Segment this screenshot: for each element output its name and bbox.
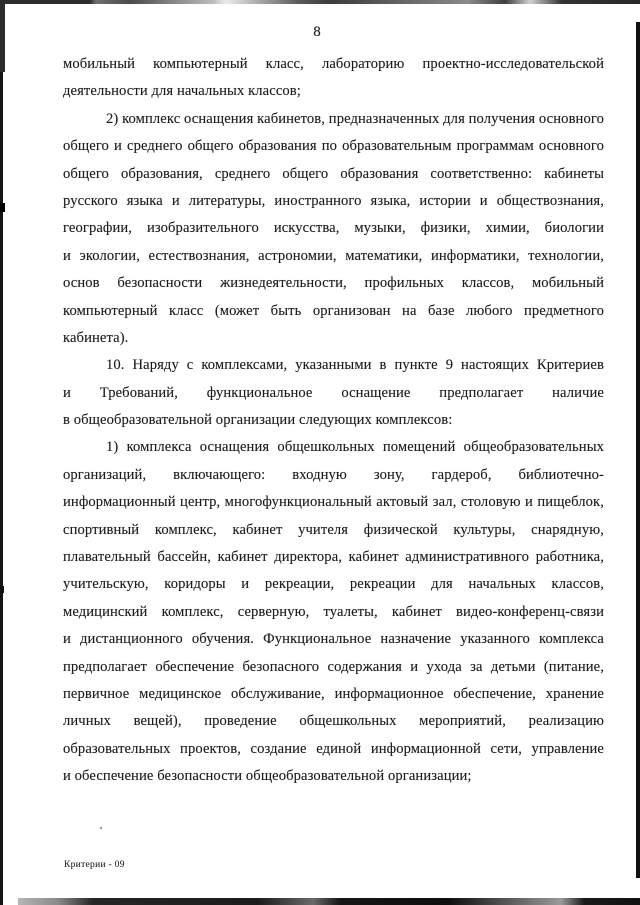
scan-mark: [0, 203, 5, 212]
paragraph: 2) комплекс оснащения кабинетов, предназ…: [63, 106, 604, 353]
text-line: и обеспечение безопасности общеобразоват…: [63, 763, 604, 790]
text-line: географии, изобразительного искусства, м…: [63, 215, 604, 242]
paragraph: мобильный компьютерный класс, лаборатори…: [63, 51, 604, 106]
scan-edge-bottom: [18, 898, 640, 905]
text-line: общего образования, среднего общего обра…: [63, 161, 604, 188]
footer-label: Критерии - 09: [64, 860, 125, 870]
text-line: кабинета).: [63, 325, 604, 352]
text-line: медицинский комплекс, серверную, туалеты…: [63, 599, 604, 626]
text-line: основ безопасности жизнедеятельности, пр…: [63, 270, 604, 297]
text-line: плавательный бассейн, кабинет директора,…: [63, 544, 604, 571]
scan-edge-left: [0, 0, 3, 905]
text-line: мобильный компьютерный класс, лаборатори…: [63, 51, 604, 78]
paragraph: 10. Наряду с комплексами, указанными в п…: [63, 352, 604, 434]
document-body: мобильный компьютерный класс, лаборатори…: [63, 51, 604, 791]
text-line: образовательных проектов, создание едино…: [63, 736, 604, 763]
scan-edge-top: [0, 0, 640, 4]
text-line: организаций, включающего: входную зону, …: [63, 462, 604, 489]
scan-edge-right: [636, 22, 640, 878]
scan-speck: [100, 827, 102, 829]
text-line: 10. Наряду с комплексами, указанными в п…: [63, 352, 604, 379]
text-line: и экологии, естествознания, астрономии, …: [63, 243, 604, 270]
text-line: личных вещей), проведение общешкольных м…: [63, 708, 604, 735]
scan-mark: [0, 586, 4, 593]
text-line: общего и среднего общего образования по …: [63, 133, 604, 160]
text-line: первичное медицинское обслуживание, инфо…: [63, 681, 604, 708]
text-line: 2) комплекс оснащения кабинетов, предназ…: [63, 106, 604, 133]
text-line: и Требований, функциональное оснащение п…: [63, 380, 604, 407]
text-line: спортивный комплекс, кабинет учителя физ…: [63, 517, 604, 544]
text-line: 1) комплекса оснащения общешкольных поме…: [63, 434, 604, 461]
text-line: учительскую, коридоры и рекреации, рекре…: [63, 571, 604, 598]
text-line: информационный центр, многофункциональны…: [63, 489, 604, 516]
document-page: 8 мобильный компьютерный класс, лаборато…: [0, 0, 640, 905]
paragraph: 1) комплекса оснащения общешкольных поме…: [63, 434, 604, 790]
text-line: в общеобразовательной организации следую…: [63, 407, 604, 434]
page-number: 8: [0, 24, 634, 41]
text-line: и дистанционного обучения. Функционально…: [63, 626, 604, 653]
text-line: деятельности для начальных классов;: [63, 78, 604, 105]
text-line: предполагает обеспечение безопасного сод…: [63, 654, 604, 681]
text-line: компьютерный класс (может быть организов…: [63, 298, 604, 325]
text-line: русского языка и литературы, иностранног…: [63, 188, 604, 215]
